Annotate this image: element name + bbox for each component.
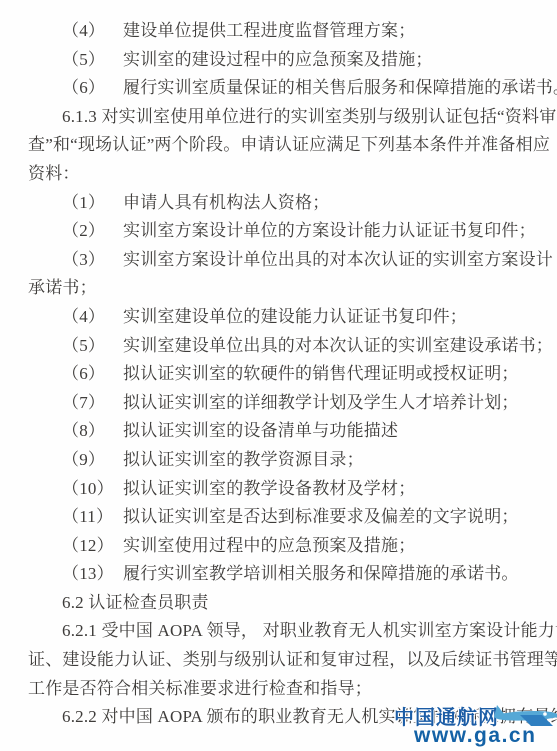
list-item-text: 实训室方案设计单位的方案设计能力认证证书复印件； xyxy=(123,221,536,240)
document-page: （4）建设单位提供工程进度监督管理方案； （5）实训室的建设过程中的应急预案及措… xyxy=(0,0,557,751)
list-item-text: 拟认证实训室的详细教学计划及学生人才培养计划； xyxy=(123,393,519,412)
list-item: （5）实训室的建设过程中的应急预案及措施； xyxy=(28,46,531,75)
list-item: （7）拟认证实训室的详细教学计划及学生人才培养计划； xyxy=(28,389,531,418)
list-item: （1）申请人具有机构法人资格； xyxy=(28,189,531,218)
list-item: （6）履行实训室质量保证的相关售后服务和保障措施的承诺书。 xyxy=(28,74,531,103)
list-item-text: 拟认证实训室的教学资源目录； xyxy=(123,450,364,469)
list-item: （6）拟认证实训室的软硬件的销售代理证明或授权证明； xyxy=(28,360,531,389)
list-item: （4）建设单位提供工程进度监督管理方案； xyxy=(28,17,531,46)
list-item: （12）实训室使用过程中的应急预案及措施； xyxy=(28,532,531,561)
list-item-text: 实训室使用过程中的应急预案及措施； xyxy=(123,536,415,555)
paragraph-line: 查”和“现场认证”两个阶段。申请认证应满足下列基本条件并准备相应 xyxy=(28,131,531,160)
paragraph-line: 工作是否符合相关标准要求进行检查和指导； xyxy=(28,675,531,704)
list-item-number: （8） xyxy=(62,417,123,446)
list-item-number: （2） xyxy=(62,217,123,246)
list-item: （2）实训室方案设计单位的方案设计能力认证证书复印件； xyxy=(28,217,531,246)
list-item-number: （5） xyxy=(62,46,123,75)
list-item-number: （13） xyxy=(62,560,123,589)
list-item-number: （12） xyxy=(62,532,123,561)
list-item: （3）实训室方案设计单位出具的对本次认证的实训室方案设计 xyxy=(28,246,531,275)
list-item-text: 拟认证实训室是否达到标准要求及偏差的文字说明； xyxy=(123,507,519,526)
list-item-number: （4） xyxy=(62,17,123,46)
list-item: （8）拟认证实训室的设备清单与功能描述 xyxy=(28,417,531,446)
watermark: 中国通航网 www.ga.cn xyxy=(394,703,557,748)
list-item: （5）实训室建设单位出具的对本次认证的实训室建设承诺书； xyxy=(28,332,531,361)
paragraph-line: 承诺书； xyxy=(28,274,531,303)
list-item-number: （4） xyxy=(62,303,123,332)
list-item-number: （5） xyxy=(62,332,123,361)
paragraph-line: 6.2.1 受中国 AOPA 领导， 对职业教育无人机实训室方案设计能力认 xyxy=(28,617,531,646)
list-item-text: 实训室建设单位出具的对本次认证的实训室建设承诺书； xyxy=(123,336,553,355)
list-item-number: （3） xyxy=(62,246,123,275)
list-item-text: 拟认证实训室的设备清单与功能描述 xyxy=(123,421,398,440)
list-item-text: 建设单位提供工程进度监督管理方案； xyxy=(123,21,415,40)
paragraph-line: 6.1.3 对实训室使用单位进行的实训室类别与级别认证包括“资料审 xyxy=(28,103,531,132)
list-item-number: （7） xyxy=(62,389,123,418)
section-heading: 6.2 认证检查员职责 xyxy=(28,589,531,618)
list-item-text: 实训室建设单位的建设能力认证证书复印件； xyxy=(123,307,467,326)
list-item: （13）履行实训室教学培训相关服务和保障措施的承诺书。 xyxy=(28,560,531,589)
list-item-text: 申请人具有机构法人资格； xyxy=(123,193,329,212)
paragraph-line: 资料： xyxy=(28,160,531,189)
list-item-text: 实训室方案设计单位出具的对本次认证的实训室方案设计 xyxy=(123,250,553,269)
list-item-number: （9） xyxy=(62,446,123,475)
document-body: （4）建设单位提供工程进度监督管理方案； （5）实训室的建设过程中的应急预案及措… xyxy=(28,17,531,732)
list-item-number: （11） xyxy=(62,503,123,532)
list-item-text: 实训室的建设过程中的应急预案及措施； xyxy=(123,50,433,69)
list-item-text: 拟认证实训室的教学设备教材及学材； xyxy=(123,479,415,498)
list-item-text: 履行实训室质量保证的相关售后服务和保障措施的承诺书。 xyxy=(123,78,557,97)
watermark-site-url: www.ga.cn xyxy=(414,724,557,748)
paragraph-line: 证、建设能力认证、类别与级别认证和复审过程，以及后续证书管理等项 xyxy=(28,646,531,675)
list-item-number: （1） xyxy=(62,189,123,218)
list-item: （9）拟认证实训室的教学资源目录； xyxy=(28,446,531,475)
list-item: （10）拟认证实训室的教学设备教材及学材； xyxy=(28,475,531,504)
list-item-text: 拟认证实训室的软硬件的销售代理证明或授权证明； xyxy=(123,364,519,383)
list-item-text: 履行实训室教学培训相关服务和保障措施的承诺书。 xyxy=(123,564,519,583)
list-item-number: （10） xyxy=(62,475,123,504)
list-item-number: （6） xyxy=(62,74,123,103)
list-item: （11）拟认证实训室是否达到标准要求及偏差的文字说明； xyxy=(28,503,531,532)
list-item: （4）实训室建设单位的建设能力认证证书复印件； xyxy=(28,303,531,332)
list-item-number: （6） xyxy=(62,360,123,389)
